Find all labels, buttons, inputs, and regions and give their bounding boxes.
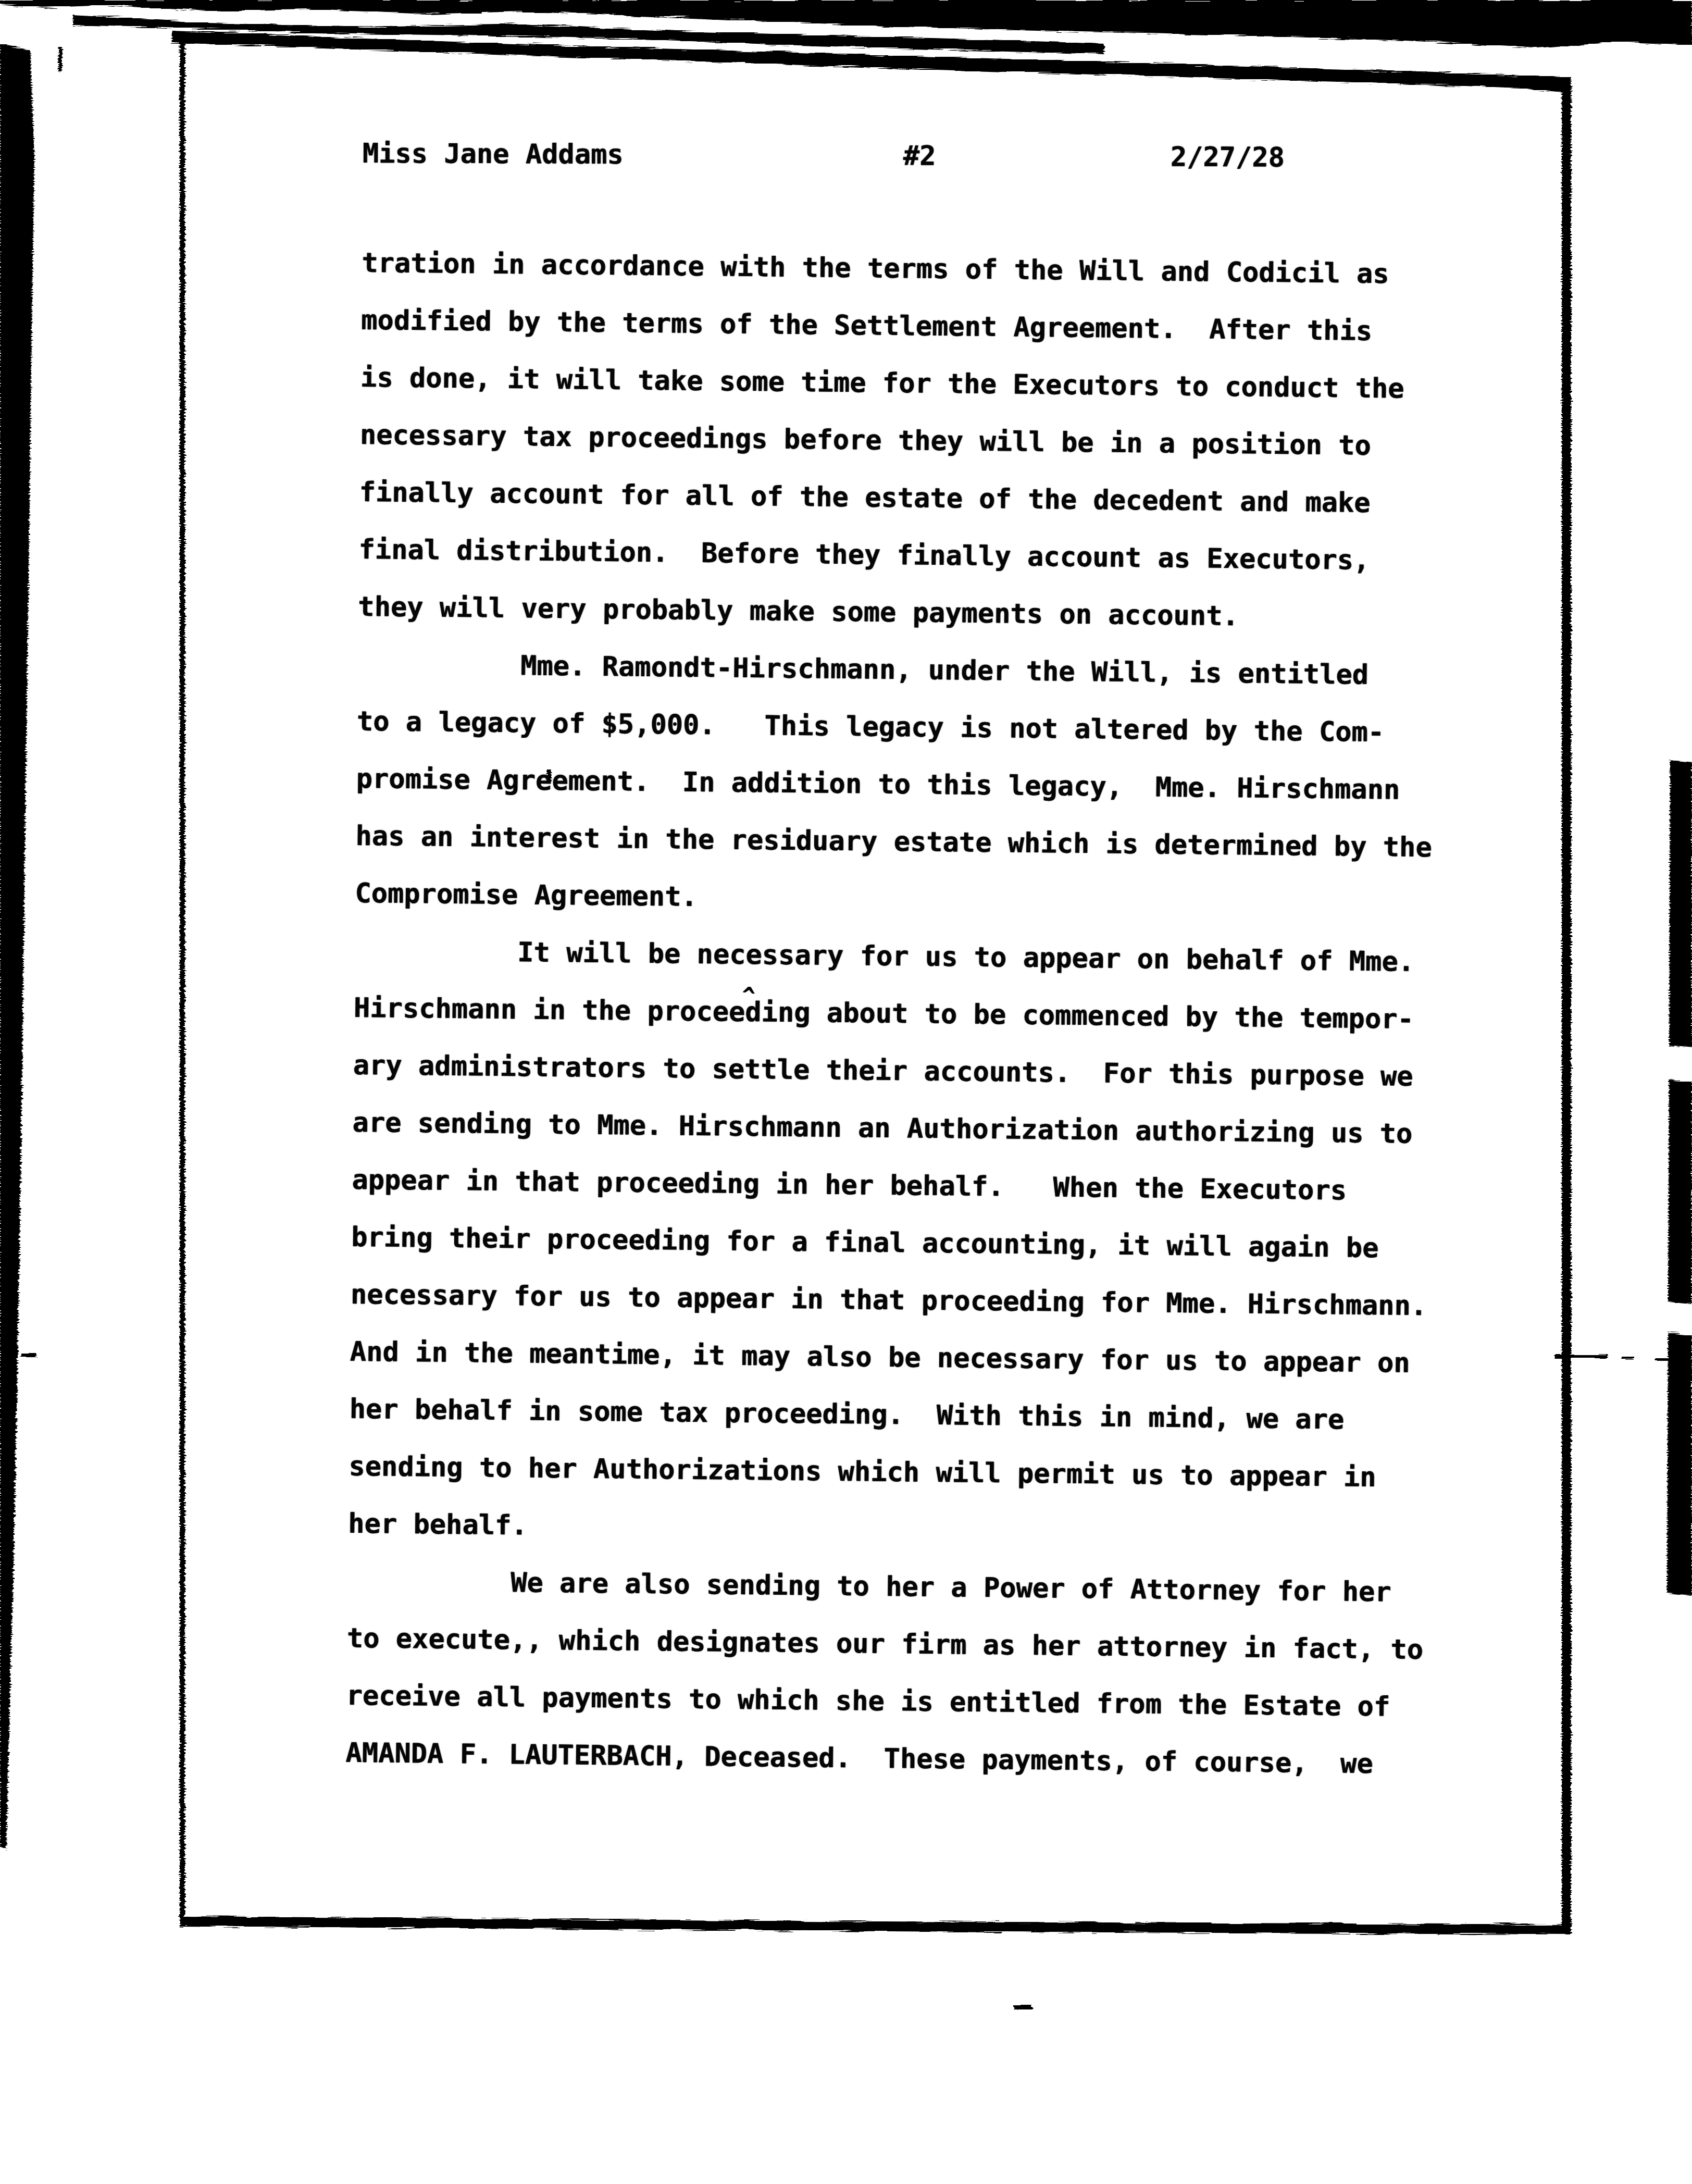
left-fold-dash-mark <box>21 1354 36 1357</box>
right-fold-dash-1 <box>1555 1355 1607 1358</box>
bottom-dash-mark <box>1014 2006 1032 2010</box>
top-edge-black-band <box>0 0 1692 48</box>
letter-header: Miss Jane Addams #2 2/27/28 <box>0 0 1692 7</box>
bottom-page-border-line <box>180 1916 1571 1934</box>
left-page-border-line <box>180 32 185 1927</box>
right-scan-edge-band-3 <box>1667 1333 1692 1595</box>
top-ragged-streak-upper <box>73 15 1104 54</box>
left-edge-dash-mark <box>0 745 6 749</box>
header-date: 2/27/28 <box>1171 142 1285 173</box>
typed-line: AMANDA F. LAUTERBACH, Deceased. These pa… <box>345 1724 1422 1793</box>
header-page-number: #2 <box>903 141 936 172</box>
right-page-border-line <box>1562 77 1571 1932</box>
right-scan-edge-band-1 <box>1669 760 1692 1048</box>
right-fold-dash-3 <box>1656 1358 1670 1361</box>
scanned-letter-page: Miss Jane Addams #2 2/27/28 tration in a… <box>0 0 1692 2184</box>
right-scan-edge-band-2 <box>1668 1079 1692 1304</box>
top-ragged-streak-lower <box>172 30 1570 93</box>
header-recipient: Miss Jane Addams <box>363 138 624 170</box>
left-scan-edge-band <box>0 44 34 1850</box>
top-left-tick-mark <box>58 47 62 72</box>
letter-body: tration in accordance with the terms of … <box>345 234 1438 1793</box>
right-fold-dash-2 <box>1621 1357 1634 1360</box>
